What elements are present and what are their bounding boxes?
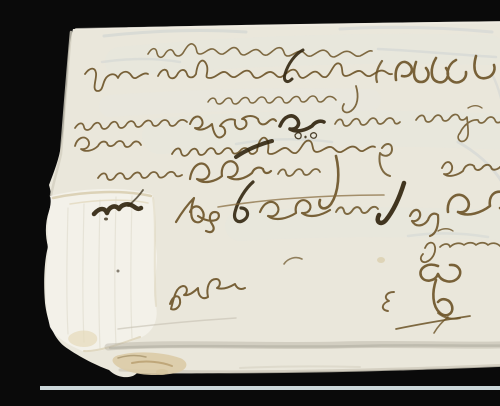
letter-photograph: [40, 16, 500, 390]
stain-bottom-tan: [156, 369, 168, 375]
stain-speck: [117, 270, 120, 273]
torn-patch: [46, 189, 157, 352]
paper-tint-wash-2: [160, 129, 500, 136]
paper-tint-wash-4: [240, 222, 500, 226]
stain-dot-center: [377, 257, 385, 263]
ink-blob-dot: [104, 218, 108, 221]
letter-canvas: [40, 16, 500, 390]
bottom-scan-strip: [40, 386, 500, 390]
